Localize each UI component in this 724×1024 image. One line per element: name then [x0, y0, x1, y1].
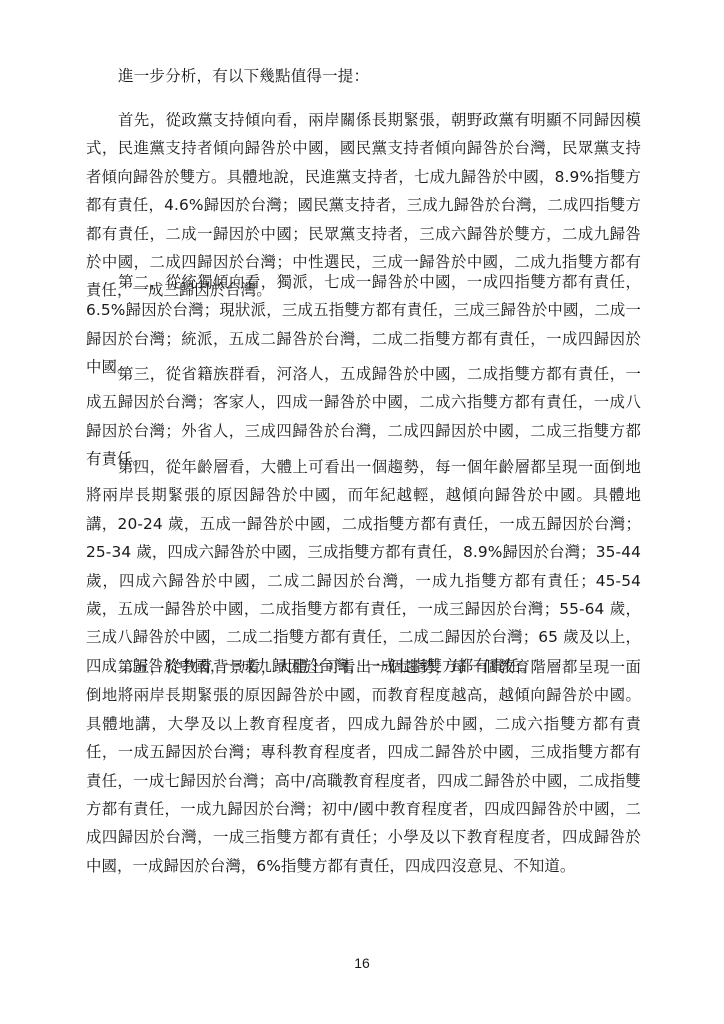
intro-heading: 進一步分析，有以下幾點值得一提：	[118, 64, 369, 88]
page-number: 16	[0, 955, 724, 971]
paragraph-education: 第五，從教育背景看，大體上可看出一個趨勢，每一個教育階層都呈現一面倒地將兩岸長期…	[86, 653, 641, 880]
paragraph-age: 第四，從年齡層看，大體上可看出一個趨勢，每一個年齡層都呈現一面倒地將兩岸長期緊張…	[86, 453, 641, 680]
document-page: 進一步分析，有以下幾點值得一提： 首先，從政黨支持傾向看，兩岸關係長期緊張，朝野…	[0, 0, 724, 1024]
